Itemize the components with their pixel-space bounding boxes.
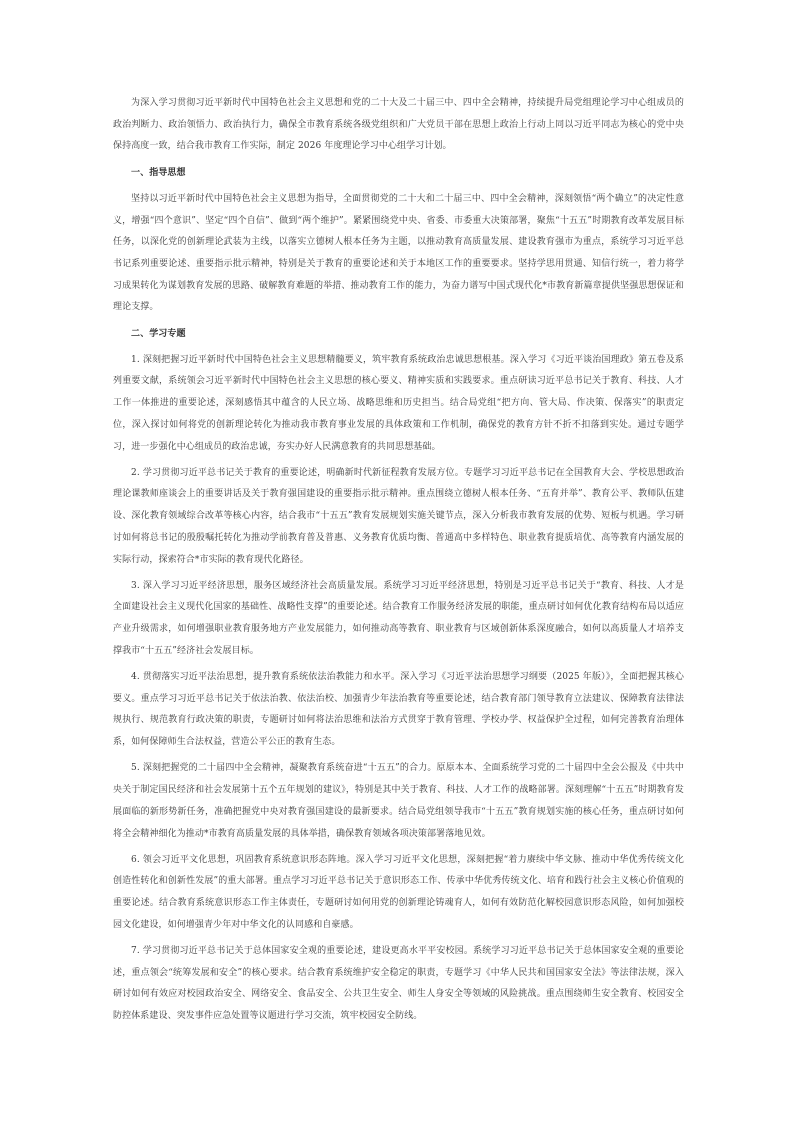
- paragraph-topic-7: 7. 学习贯彻习近平总书记关于总体国家安全观的重要论述，建设更高水平平安校园。系…: [113, 941, 684, 1028]
- document-page: 为深入学习贯彻习近平新时代中国特色社会主义思想和党的二十大及二十届三中、四中全会…: [0, 0, 793, 1122]
- paragraph-topic-4: 4. 贯彻落实习近平法治思想，提升教育系统依法治教能力和水平。深入学习《习近平法…: [113, 667, 684, 754]
- paragraph-topic-6: 6. 领会习近平文化思想，巩固教育系统意识形态阵地。深入学习习近平文化思想，深刻…: [113, 850, 684, 937]
- paragraph-guiding-ideology: 坚持以习近平新时代中国特色社会主义思想为指导，全面贯彻党的二十大和二十届三中、四…: [113, 189, 684, 319]
- paragraph-intro: 为深入学习贯彻习近平新时代中国特色社会主义思想和党的二十大及二十届三中、四中全会…: [113, 93, 684, 158]
- paragraph-topic-3: 3. 深入学习习近平经济思想，服务区域经济社会高质量发展。系统学习习近平经济思想…: [113, 576, 684, 663]
- paragraph-topic-5: 5. 深刻把握党的二十届四中全会精神，凝聚教育系统奋进“十五五”的合力。原原本本…: [113, 758, 684, 845]
- paragraph-topic-1: 1. 深刻把握习近平新时代中国特色社会主义思想精髓要义，筑牢教育系统政治忠诚思想…: [113, 350, 684, 459]
- section-heading-guiding-ideology: 一、指导思想: [113, 163, 684, 185]
- section-heading-study-topics: 二、学习专题: [113, 324, 684, 346]
- paragraph-topic-2: 2. 学习贯彻习近平总书记关于教育的重要论述，明确新时代新征程教育发展方位。专题…: [113, 463, 684, 572]
